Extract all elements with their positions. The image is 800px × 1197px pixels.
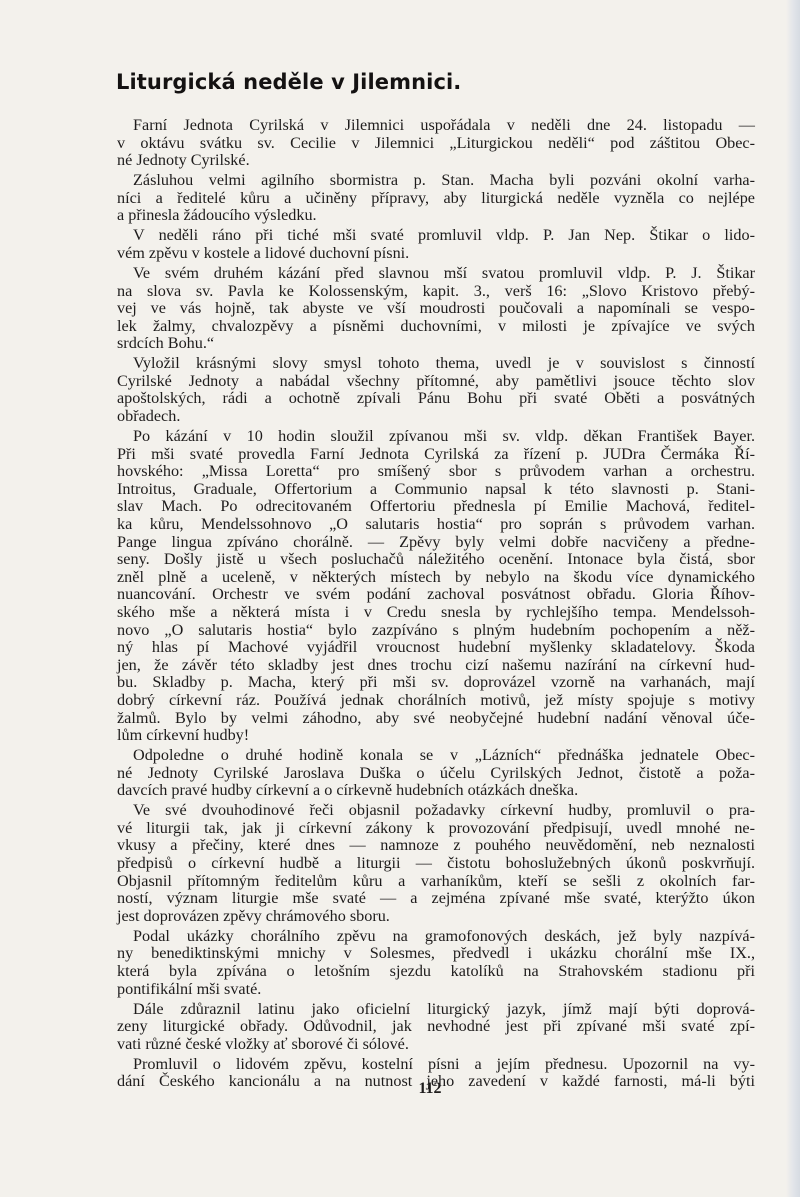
text-line: lům církevní hudby! xyxy=(117,727,755,745)
text-line: vej ve vás hojně, tak abyste ve vší moud… xyxy=(117,300,755,318)
text-line: ka kůru, Mendelssohnovo „O salutaris hos… xyxy=(117,516,755,534)
text-line: davcích pravé hudby církevní a o církevn… xyxy=(117,782,755,800)
text-line: ností, význam liturgie mše svaté — a zej… xyxy=(117,890,755,908)
paragraph: Odpoledne o druhé hodině konala se v „Lá… xyxy=(117,747,755,800)
text-line: Odpoledne o druhé hodině konala se v „Lá… xyxy=(117,747,755,765)
text-line: a přinesla žádoucího výsledku. xyxy=(117,207,755,225)
text-line: slav Mach. Po odrecitovaném Offertoriu p… xyxy=(117,498,755,516)
text-line: Podal ukázky chorálního zpěvu na gramofo… xyxy=(117,928,755,946)
paragraph: V neděli ráno při tiché mši svaté promlu… xyxy=(117,227,755,262)
text-line: Cyrilské Jednoty a nabádal všechny příto… xyxy=(117,373,755,391)
page-number: 112 xyxy=(0,1080,800,1098)
article-body: Farní Jednota Cyrilská v Jilemnici uspoř… xyxy=(117,117,755,1093)
text-line: jest doprovázen zpěvy chrámového sboru. xyxy=(117,908,755,926)
text-line: Po kázání v 10 hodin sloužil zpívanou mš… xyxy=(117,428,755,446)
text-line: lek žalmy, chvalozpěvy a písněmi duchovn… xyxy=(117,318,755,336)
paragraph: Ve své dvouhodinové řeči objasnil požada… xyxy=(117,802,755,925)
paragraph: Po kázání v 10 hodin sloužil zpívanou mš… xyxy=(117,428,755,745)
page-edge-shadow xyxy=(786,0,800,1197)
text-line: na slova sv. Pavla ke Kolossenským, kapi… xyxy=(117,283,755,301)
paragraph: Vyložil krásnými slovy smysl tohoto them… xyxy=(117,355,755,425)
text-line: zeny liturgické obřady. Odůvodnil, jak n… xyxy=(117,1018,755,1036)
text-line: níci a ředitelé kůru a učiněny přípravy,… xyxy=(117,190,755,208)
paragraph: Ve svém druhém kázání před slavnou mší s… xyxy=(117,265,755,353)
text-line: né Jednoty Cyrilské Jaroslava Duška o úč… xyxy=(117,765,755,783)
text-line: vati různé české vložky ať sborové či só… xyxy=(117,1036,755,1054)
text-line: dobrý církevní ráz. Používá jednak chorá… xyxy=(117,692,755,710)
text-line: zněl plně a uceleně, v některých místech… xyxy=(117,569,755,587)
paragraph: Zásluhou velmi agilního sbormistra p. St… xyxy=(117,172,755,225)
text-line: novo „O salutaris hostia“ bylo zazpíváno… xyxy=(117,622,755,640)
text-line: Vyložil krásnými slovy smysl tohoto them… xyxy=(117,355,755,373)
text-line: Farní Jednota Cyrilská v Jilemnici uspoř… xyxy=(117,117,755,135)
text-line: né Jednoty Cyrilské. xyxy=(117,152,755,170)
text-line: která byla zpívána o letošním sjezdu kat… xyxy=(117,963,755,981)
text-line: Introitus, Graduale, Offertorium a Commu… xyxy=(117,481,755,499)
text-line: Zásluhou velmi agilního sbormistra p. St… xyxy=(117,172,755,190)
text-line: jen, že závěr této skladby jest dnes tro… xyxy=(117,657,755,675)
text-line: v oktávu svátku sv. Cecilie v Jilemnici … xyxy=(117,135,755,153)
text-line: srdcích Bohu.“ xyxy=(117,335,755,353)
text-line: ského mše a některá místa i v Credu snes… xyxy=(117,604,755,622)
paragraph: Farní Jednota Cyrilská v Jilemnici uspoř… xyxy=(117,117,755,170)
text-line: seny. Došly jistě u všech posluchačů nál… xyxy=(117,551,755,569)
text-line: předpisů o církevní hudbě a liturgii — č… xyxy=(117,855,755,873)
text-line: hovského: „Missa Loretta“ pro smíšený sb… xyxy=(117,463,755,481)
text-line: Objasnil přítomným ředitelům kůru a varh… xyxy=(117,873,755,891)
text-line: vkusy a přečiny, které dnes — namnoze z … xyxy=(117,837,755,855)
text-line: obřadech. xyxy=(117,408,755,426)
text-line: ný hlas pí Machové vyjádřil vroucnost hu… xyxy=(117,639,755,657)
text-line: Dále zdůraznil latinu jako oficielní lit… xyxy=(117,1001,755,1019)
text-line: bu. Skladby p. Macha, který při mši sv. … xyxy=(117,674,755,692)
text-line: V neděli ráno při tiché mši svaté promlu… xyxy=(117,227,755,245)
text-line: pontifikální mši svaté. xyxy=(117,981,755,999)
text-line: apoštolských, rádi a ochotně zpívali Pán… xyxy=(117,390,755,408)
text-line: Pange lingua zpíváno chorálně. — Zpěvy b… xyxy=(117,534,755,552)
text-line: nuancování. Orchestr ve svém podání zach… xyxy=(117,586,755,604)
text-line: vé liturgii tak, jak ji církevní zákony … xyxy=(117,820,755,838)
text-line: Při mši svaté provedla Farní Jednota Cyr… xyxy=(117,446,755,464)
text-line: Promluvil o lidovém zpěvu, kostelní písn… xyxy=(117,1056,755,1074)
paragraph: Dále zdůraznil latinu jako oficielní lit… xyxy=(117,1001,755,1054)
text-line: žalmů. Bylo by velmi záhodno, aby své ne… xyxy=(117,710,755,728)
text-line: vém zpěvu v kostele a lidové duchovní pí… xyxy=(117,245,755,263)
text-line: ny benediktinskými mnichy v Solesmes, př… xyxy=(117,945,755,963)
text-line: Ve své dvouhodinové řeči objasnil požada… xyxy=(117,802,755,820)
paragraph: Podal ukázky chorálního zpěvu na gramofo… xyxy=(117,928,755,998)
article-title: Liturgická neděle v Jilemnici. xyxy=(116,70,461,94)
text-line: Ve svém druhém kázání před slavnou mší s… xyxy=(117,265,755,283)
